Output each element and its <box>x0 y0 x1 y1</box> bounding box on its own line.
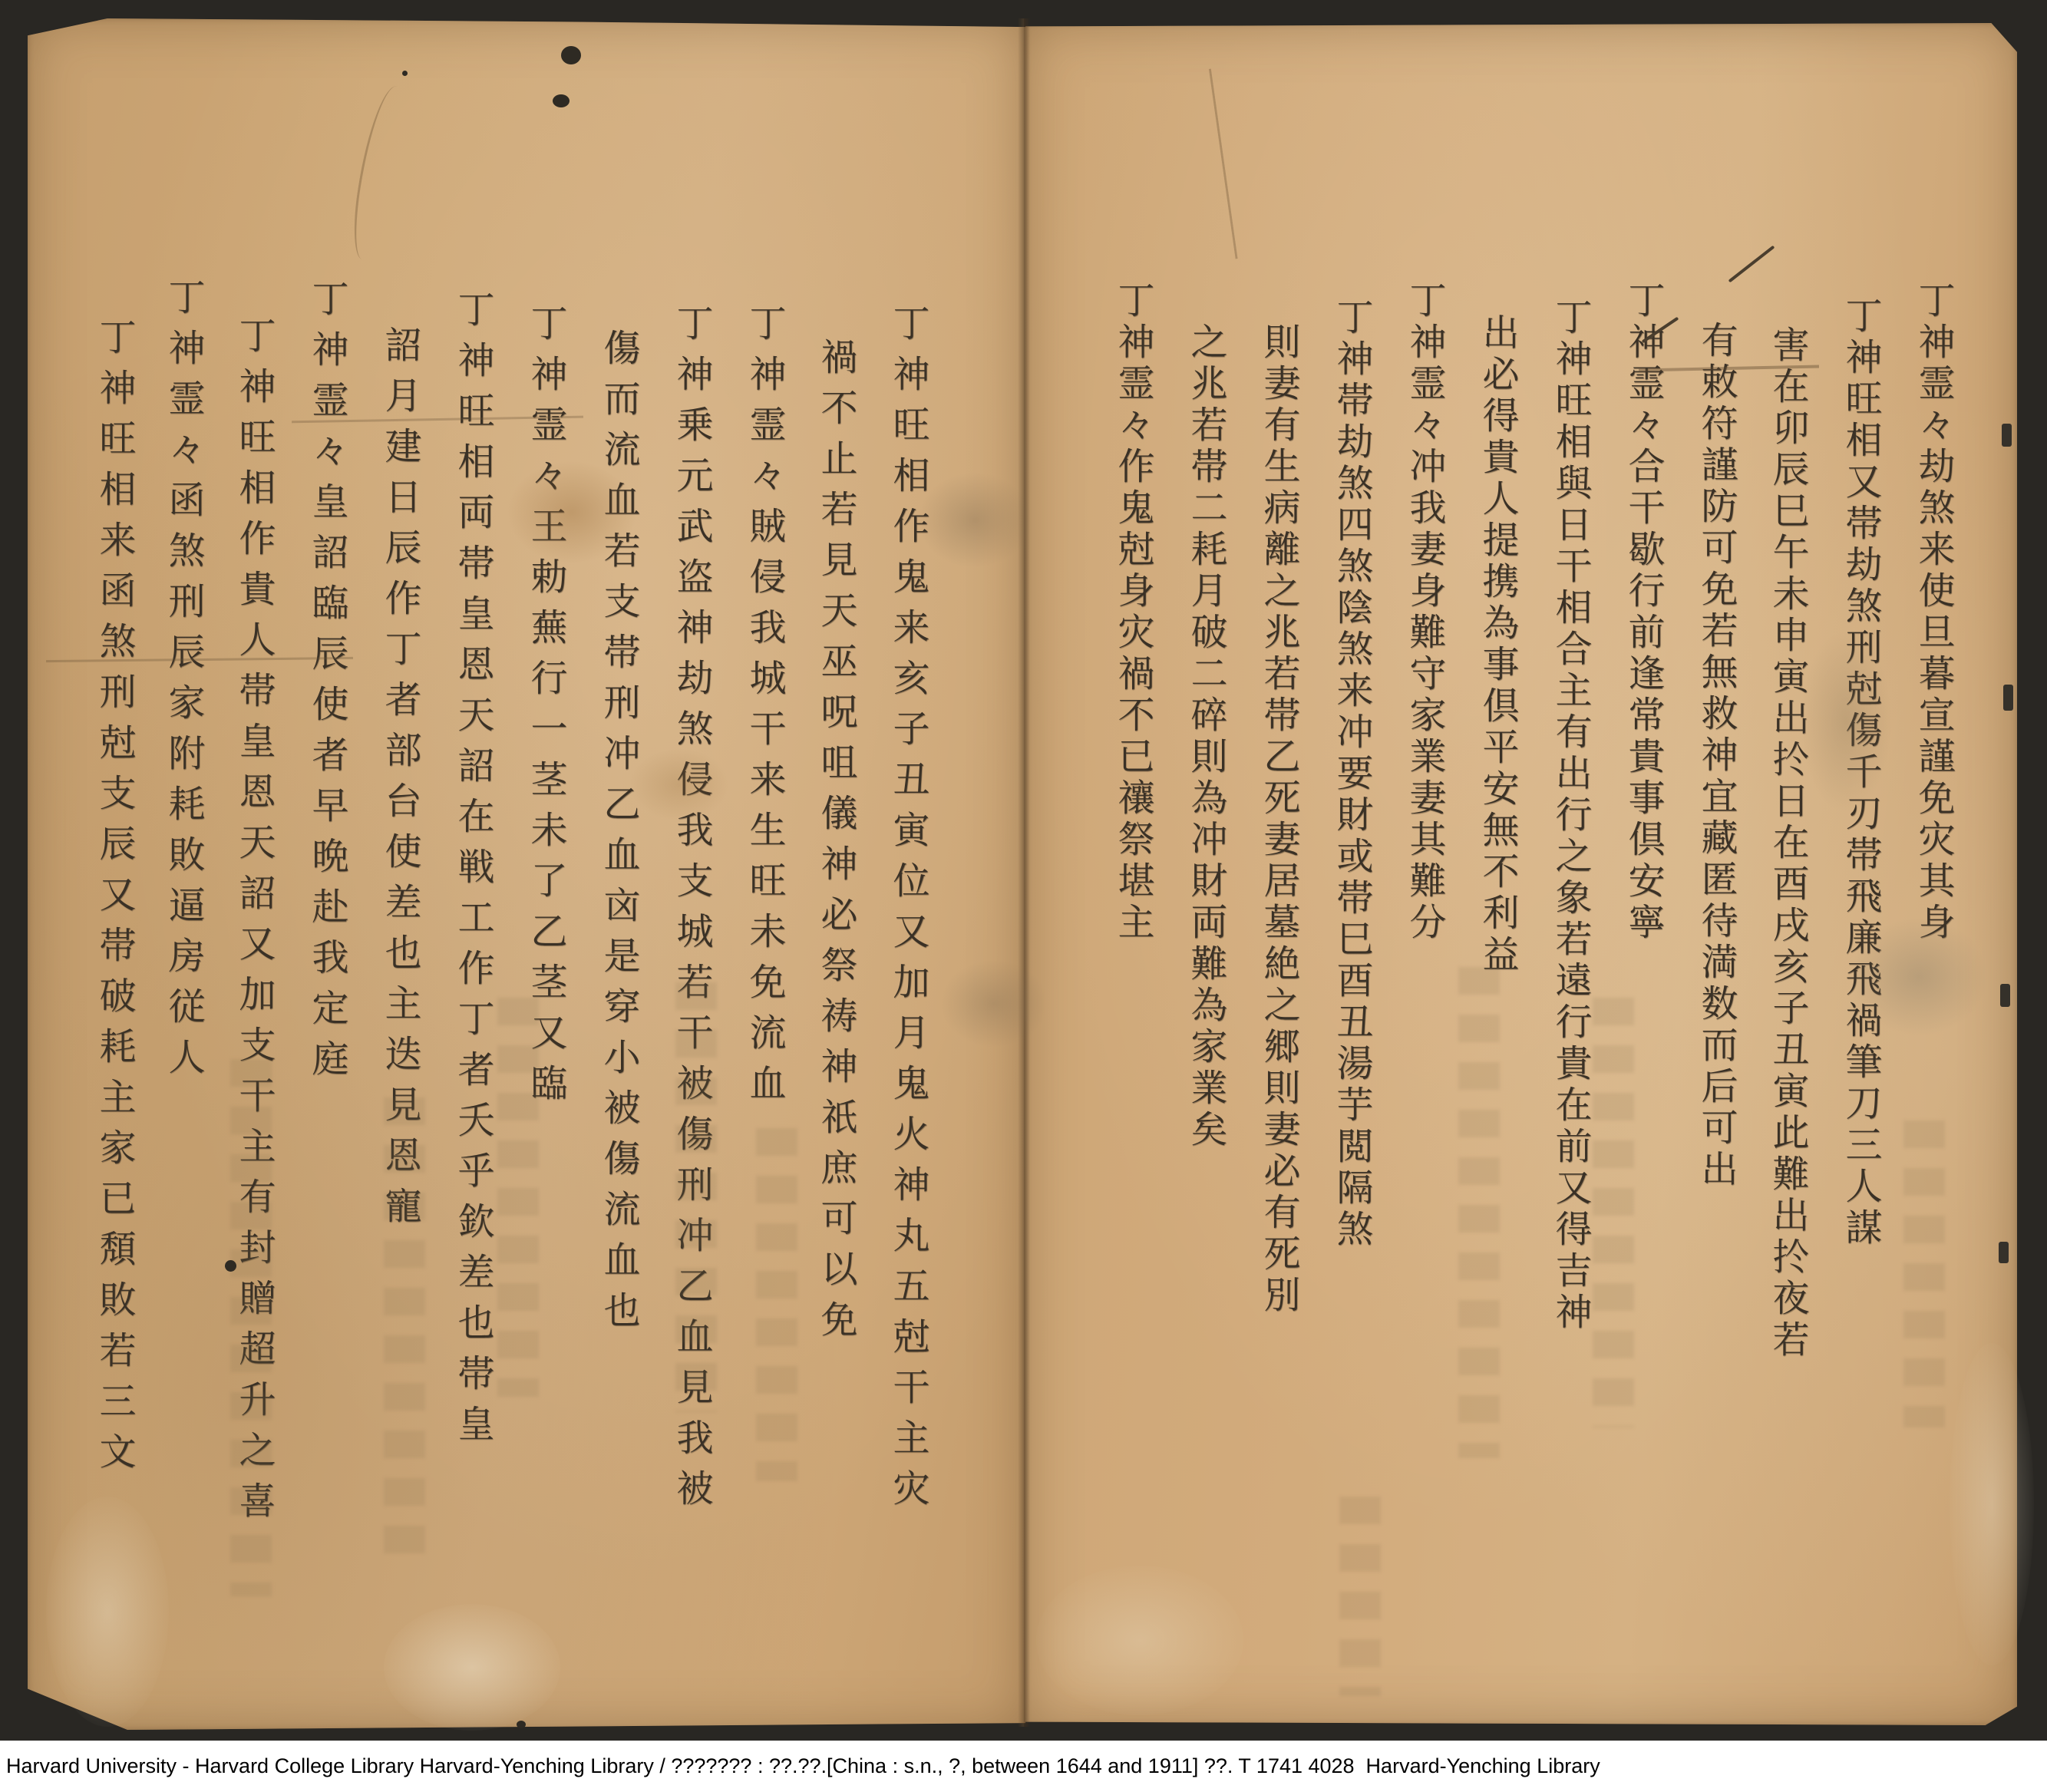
text-column: 丁神旺相又帯劫煞刑尅傷千刃帯飛廉飛禍筆刀三人謀 <box>1837 296 1884 1249</box>
caption-bar: Harvard University - Harvard College Lib… <box>0 1741 2047 1792</box>
worm-hole <box>561 46 581 64</box>
book-spine-seam <box>1018 18 1030 1727</box>
text-column: 丁神霊々賊侵我城干来生旺未免流血 <box>741 304 788 1114</box>
text-column: 丁神霊々作鬼尅身灾禍不已禳祭堪主 <box>1109 281 1157 944</box>
text-column: 丁神乗元武盗神劫煞侵我支城若干被傷刑冲乙血見我被 <box>668 304 715 1520</box>
ink-speck <box>402 71 408 76</box>
ink-speck <box>225 1260 236 1272</box>
caption-text: Harvard University - Harvard College Lib… <box>6 1754 1600 1778</box>
text-column: 有敕符謹防可免若無救神宜藏匿待満数而后可出 <box>1692 321 1740 1191</box>
text-column: 詔月建日辰作丁者部台使差也主迭見恩寵 <box>376 325 424 1237</box>
text-column: 害在卯辰巳午未申寅出扵日在酉戌亥子丑寅此難出扵夜若 <box>1764 325 1811 1361</box>
manuscript-scan: 丁神霊々劫煞来使旦暮宣謹免灾其身 丁神旺相又帯劫煞刑尅傷千刃帯飛廉飛禍筆刀三人謀… <box>0 0 2047 1792</box>
stitch-mark <box>1999 1242 2009 1263</box>
text-column: 丁神旺相来函煞刑尅支辰又帯破耗主家已頽敗若三文 <box>91 318 138 1483</box>
text-column: 出必得貴人提携為事倶平安無不利益 <box>1474 313 1521 976</box>
text-column: 丁神霊々皇詔臨辰使者早晩赴我定庭 <box>303 279 351 1090</box>
stitch-mark <box>2002 424 2012 447</box>
text-column: 丁神旺相與日干相合主有出行之象若遠行貴在前又得吉神 <box>1547 298 1594 1334</box>
text-column: 傷而流血若支帯刑冲乙血㐫是穿小被傷流血也 <box>595 328 642 1342</box>
stitch-mark <box>2003 685 2013 711</box>
stitch-mark <box>2000 984 2010 1007</box>
text-column: 丁神霊々函煞刑辰家附耗敗逼房従人 <box>160 278 207 1088</box>
text-column: 丁神旺相作貴人帯皇恩天詔又加支干主有封贈超升之喜 <box>230 316 278 1532</box>
text-column: 丁神霊々冲我妻身難守家業妻其難分 <box>1401 281 1448 944</box>
ink-speck <box>517 1721 526 1728</box>
text-column: 丁神旺相両帯皇恩天詔在戦工作丁者夭乎欽差也帯皇 <box>449 290 497 1455</box>
text-column: 丁神霊々王勅蕪行一茎未了乙茎又臨 <box>522 304 570 1114</box>
text-column: 丁神霊々合干歇行前逢常貴事倶安寧 <box>1619 281 1667 944</box>
text-column: 禍不止若見天巫呪咀儀神必祭祷神祇庶可以免 <box>812 338 860 1351</box>
text-column: 之兆若帯二耗月破二碎則為冲財両難為家業矣 <box>1182 322 1230 1151</box>
text-column: 丁神旺相作鬼来亥子丑寅位又加月鬼火神丸五尅干主灾 <box>884 304 932 1520</box>
text-column: 則妻有生病離之兆若帯乙死妻居墓絶之郷則妻必有死別 <box>1255 322 1302 1317</box>
text-column: 丁神霊々劫煞来使旦暮宣謹免灾其身 <box>1910 281 1957 944</box>
text-column: 丁神帯劫煞四煞陰煞来冲要財或帯巳酉丑湯芋閲隔煞 <box>1328 298 1375 1251</box>
worm-hole <box>553 94 570 107</box>
